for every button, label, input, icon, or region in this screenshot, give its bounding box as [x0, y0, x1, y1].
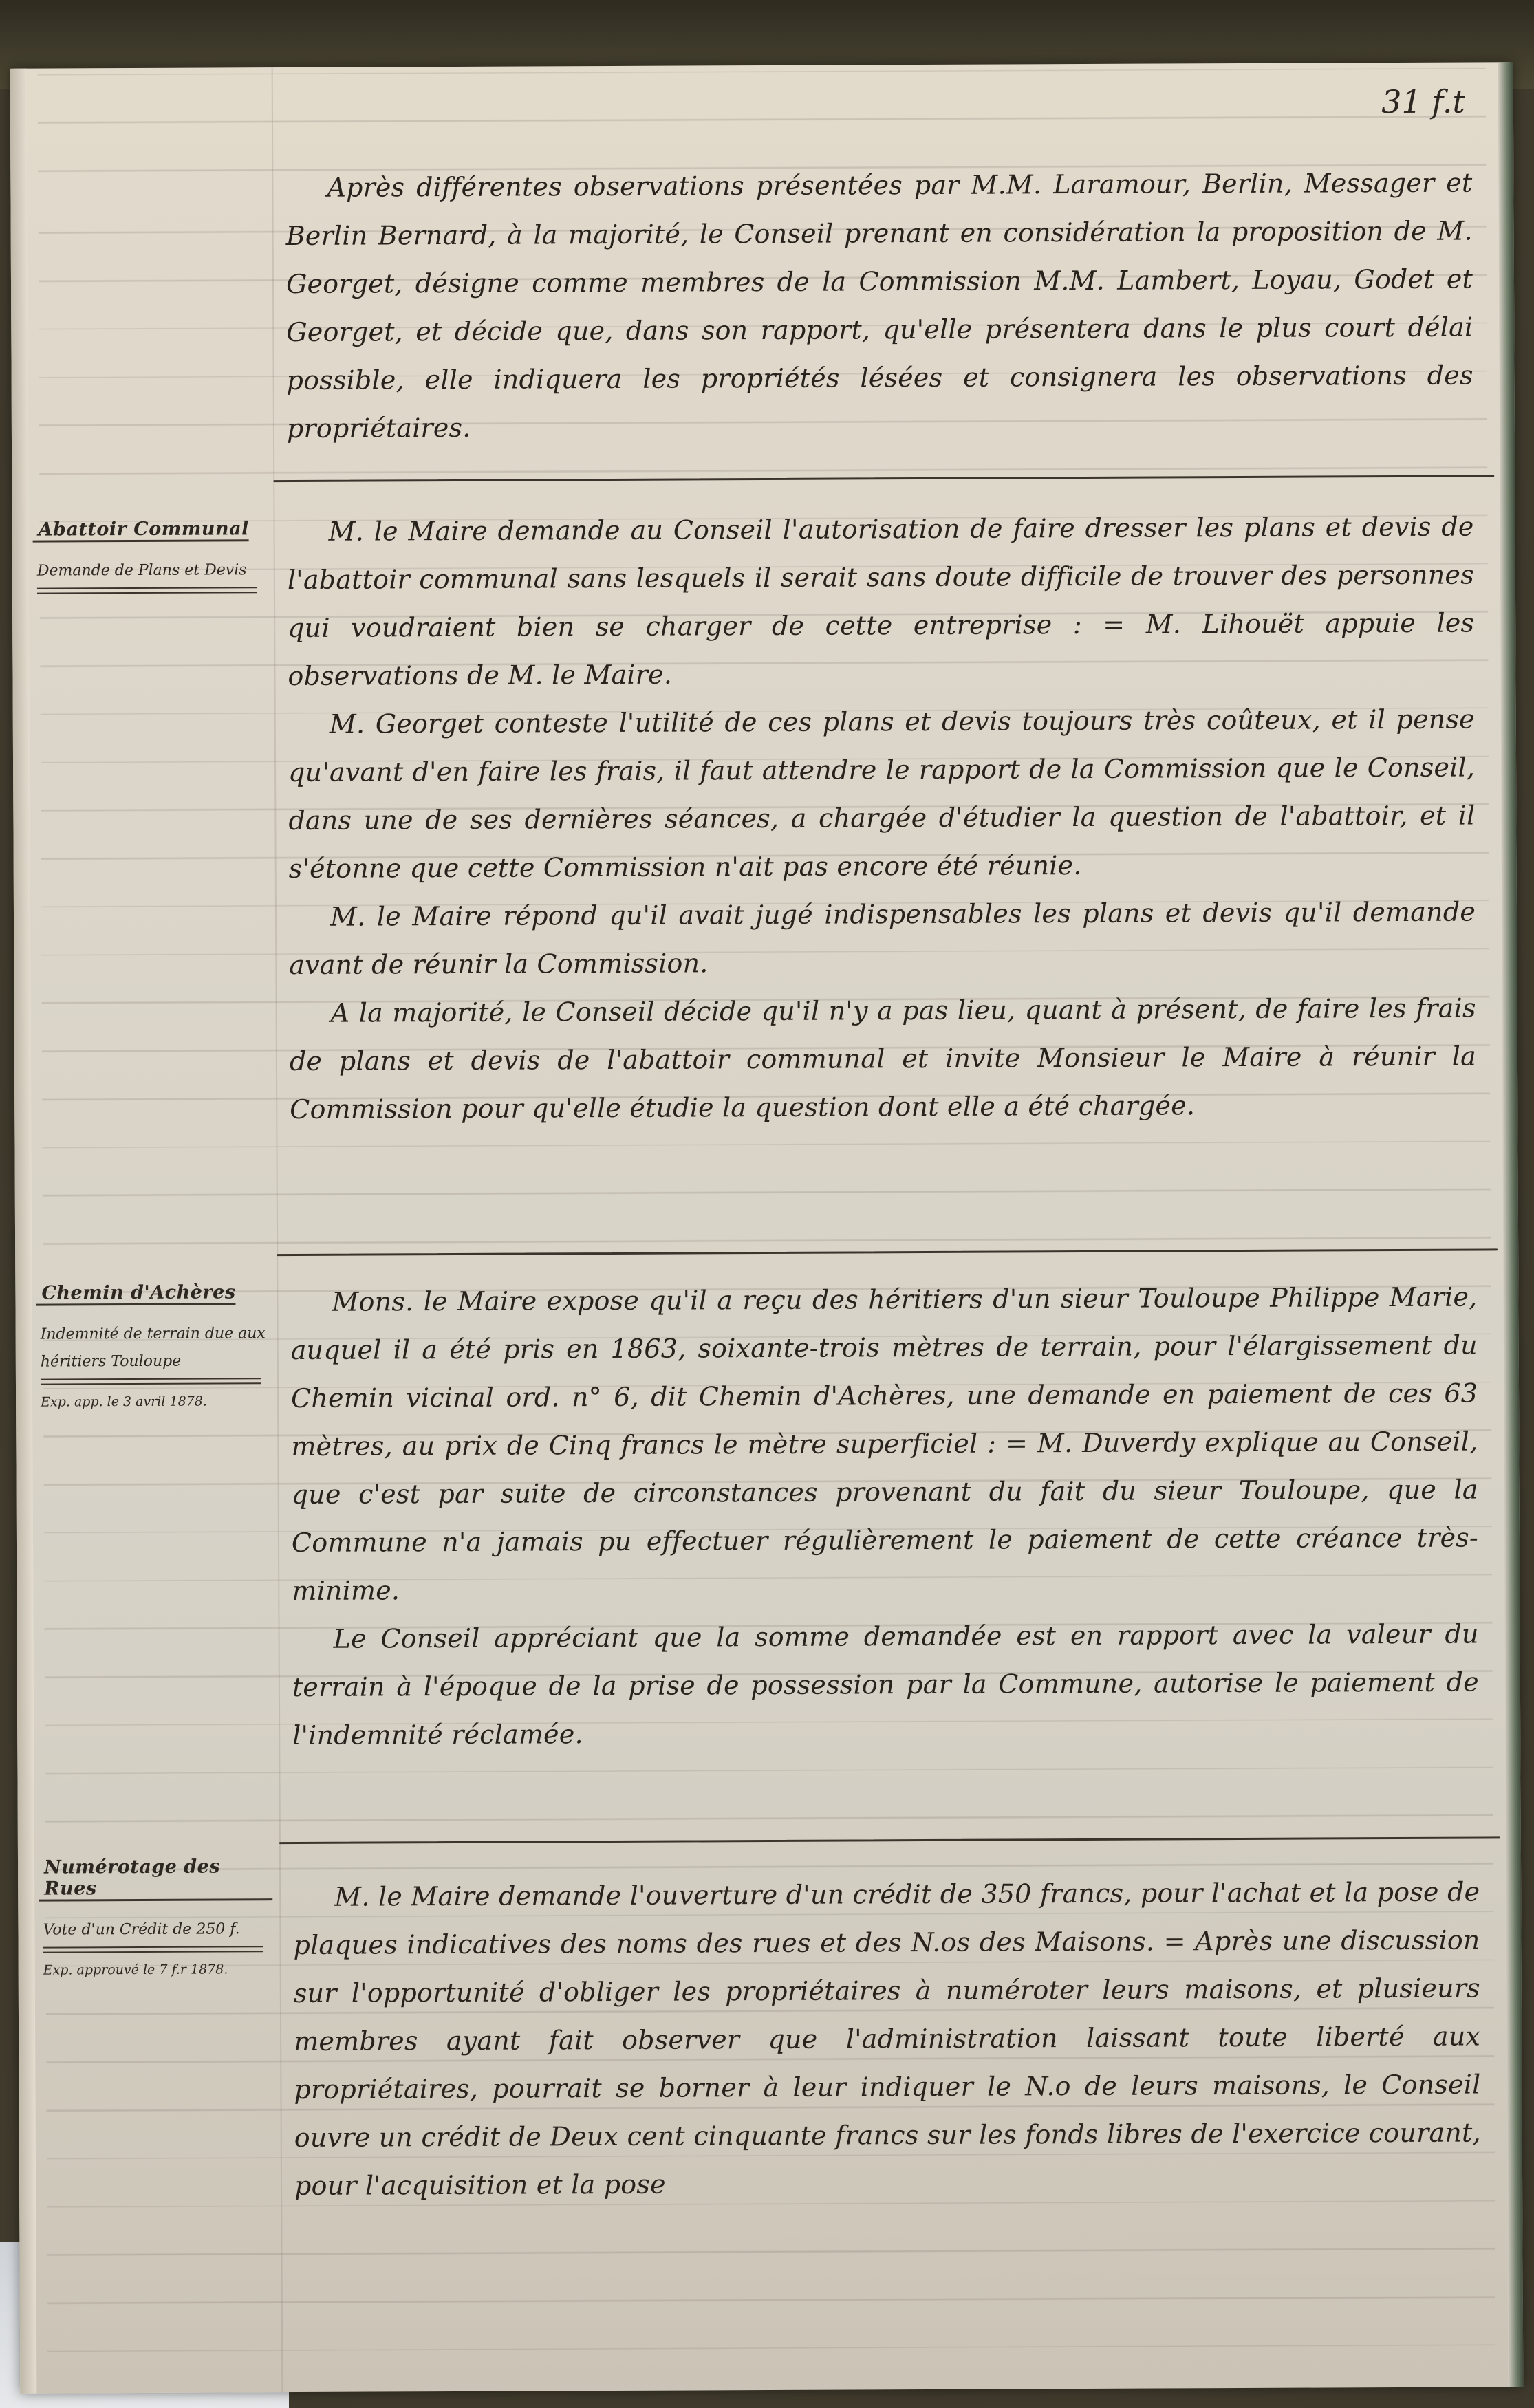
- paragraph: M. Georget conteste l'utilité de ces pla…: [288, 695, 1476, 893]
- margin-double-rule: [43, 1946, 263, 1953]
- margin-double-rule: [41, 1378, 261, 1385]
- margin-heading-chemin: Chemin d'Achères Indemnité de terrain du…: [36, 1281, 270, 1409]
- paragraph: M. le Maire répond qu'il avait jugé indi…: [289, 887, 1476, 989]
- section-abattoir: M. le Maire demande au Conseil l'autoris…: [287, 503, 1476, 1134]
- margin-heading-abattoir: Abattoir Communal Demande de Plans et De…: [32, 518, 266, 594]
- paragraph: M. le Maire demande au Conseil l'autoris…: [287, 503, 1474, 701]
- paragraph: A la majorité, le Conseil décide qu'il n…: [289, 984, 1476, 1134]
- paragraph: Mons. le Maire expose qu'il a reçu des h…: [290, 1272, 1478, 1615]
- page-edge: [1498, 62, 1524, 2387]
- margin-double-rule: [37, 587, 257, 594]
- margin-subtitle: Demande de Plans et Devis: [33, 556, 267, 585]
- margin-approval-note: Exp. app. le 3 avril 1878.: [36, 1393, 270, 1409]
- margin-title: Abattoir Communal: [32, 518, 248, 542]
- folio-number: 31 f.t: [1381, 83, 1465, 121]
- margin-approval-note: Exp. approuvé le 7 f.r 1878.: [39, 1962, 273, 1977]
- margin-subtitle: Vote d'un Crédit de 250 f.: [39, 1916, 272, 1944]
- section-numerotage: M. le Maire demande l'ouverture d'un cré…: [293, 1867, 1481, 2210]
- section-commission: Après différentes observations présentée…: [285, 159, 1473, 453]
- margin-subtitle: Indemnité de terrain due aux héritiers T…: [36, 1320, 270, 1376]
- paragraph: Le Conseil appréciant que la somme deman…: [292, 1609, 1479, 1759]
- section-chemin: Mons. le Maire expose qu'il a reçu des h…: [290, 1272, 1479, 1759]
- margin-title: Numérotage des Rues: [39, 1856, 272, 1901]
- paragraph: Après différentes observations présentée…: [285, 159, 1473, 453]
- margin-heading-numerotage: Numérotage des Rues Vote d'un Crédit de …: [39, 1856, 273, 1977]
- margin-title: Chemin d'Achères: [36, 1281, 235, 1305]
- ledger-page: 31 f.t Après différentes observations pr…: [10, 62, 1524, 2394]
- paragraph: M. le Maire demande l'ouverture d'un cré…: [293, 1867, 1481, 2210]
